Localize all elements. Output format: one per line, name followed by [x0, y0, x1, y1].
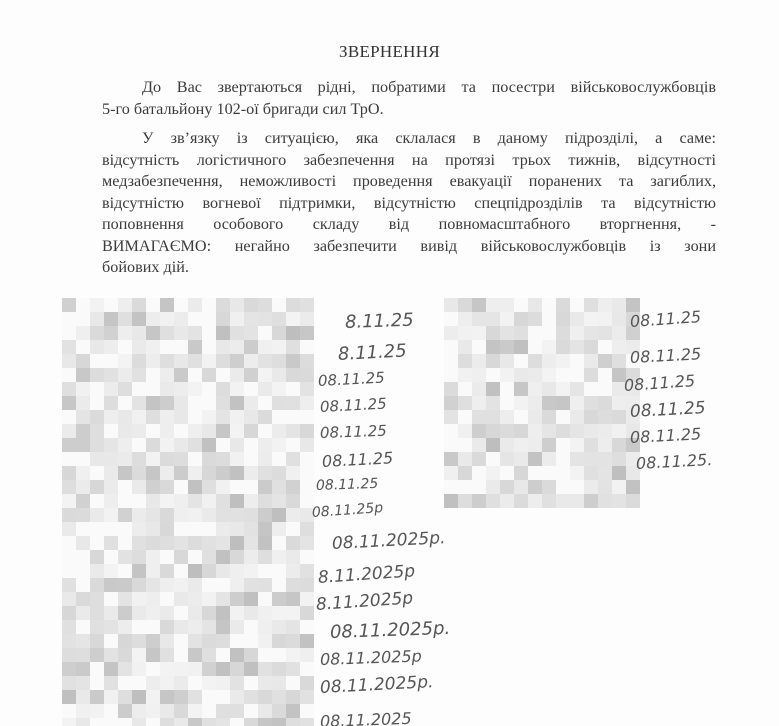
signature-date: 08.11.25: [320, 395, 388, 416]
signature-date: 08.11.25: [623, 371, 695, 395]
signature-date: 08.11.25р: [311, 500, 383, 521]
signature-date: 08.11.25: [630, 344, 702, 367]
intro-paragraph: До Вас звертаються рідні, побратими та п…: [102, 77, 716, 120]
signature-date: 08.11.2025р.: [331, 528, 445, 554]
signature-date: 8.11.2025р: [317, 561, 415, 588]
paragraph-line: відсутність логістичного забезпечення на…: [102, 150, 716, 172]
document-title: ЗВЕРНЕННЯ: [0, 42, 779, 62]
paragraph-line: медзабезпечення, неможливості проведення…: [102, 171, 716, 193]
signature-date: 08.11.2025: [320, 709, 412, 726]
paragraph-line: відсутністю вогневої підтримки, відсутні…: [102, 193, 716, 215]
signature-date: 08.11.25: [630, 424, 702, 447]
signature-date: 08.11.25: [320, 422, 387, 442]
signature-date: 08.11.2025р.: [319, 672, 433, 698]
signature-date: 08.11.2025р.: [330, 618, 451, 643]
signature-date: 08.11.25: [629, 307, 701, 331]
pixelated-names-left: [62, 298, 310, 726]
paragraph-line: 5-го батальйону 102-ої бригади сил ТрО.: [102, 99, 716, 121]
signature-date: 8.11.25: [337, 340, 407, 365]
signature-date: 08.11.25: [629, 398, 706, 422]
scanned-document-page: ЗВЕРНЕННЯ До Вас звертаються рідні, побр…: [0, 0, 779, 726]
paragraph-line: поповнення особового складу від повномас…: [102, 214, 716, 236]
paragraph-line: бойових дій.: [102, 257, 716, 279]
pixelated-names-right: [444, 298, 634, 498]
signature-date: 08.11.25: [318, 369, 386, 390]
signature-date: 08.11.25: [322, 448, 394, 471]
signature-date: 8.11.2025р: [315, 588, 413, 615]
paragraph-line: ВИМАГАЄМО: негайно забезпечити вивід вій…: [102, 236, 716, 258]
paragraph-line: До Вас звертаються рідні, побратими та п…: [102, 77, 716, 99]
signature-date: 08.11.2025р: [320, 646, 422, 669]
signature-date: 8.11.25: [345, 310, 414, 333]
signature-date: 08.11.25: [316, 476, 379, 494]
demand-paragraph: У зв’язку із ситуацією, яка склалася в д…: [102, 128, 716, 279]
signature-date: 08.11.25.: [636, 450, 713, 473]
paragraph-line: У зв’язку із ситуацією, яка склалася в д…: [102, 128, 716, 150]
